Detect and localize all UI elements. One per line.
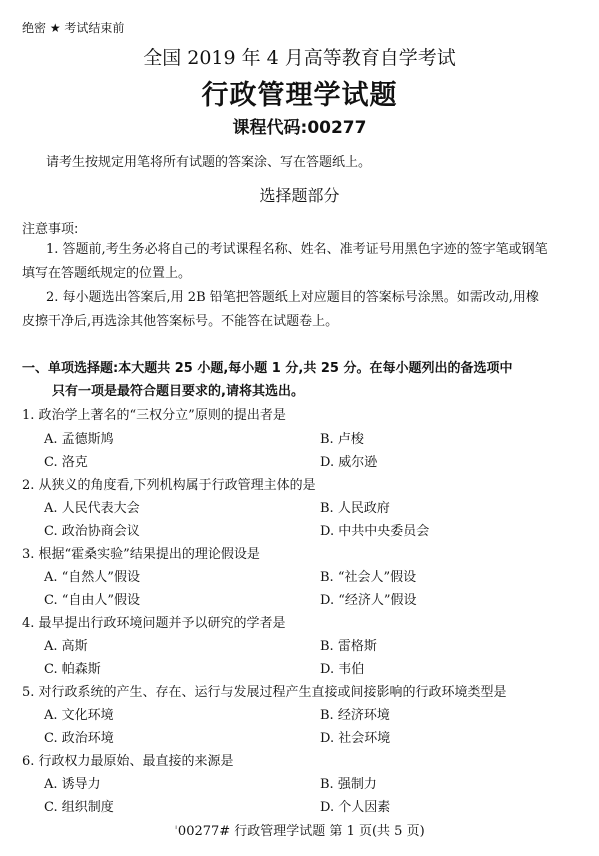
question-stem: 4. 最早提出行政环境问题并予以研究的学者是 (22, 612, 286, 631)
note-item-1-line-2: 填写在答题纸规定的位置上。 (22, 262, 191, 285)
footer-text: 00277# 行政管理学试题 第 1 页(共 5 页) (178, 824, 425, 839)
answer-instruction: 请考生按规定用笔将所有试题的答案涂、写在答题纸上。 (46, 151, 371, 170)
option-d: D. “经济人”假设 (320, 589, 417, 608)
option-a: A. 诱导力 (44, 773, 101, 792)
option-d: D. 社会环境 (320, 727, 390, 746)
section-1-heading: 一、单项选择题:本大题共 25 小题,每小题 1 分,共 25 分。在每小题列出… (22, 357, 512, 376)
note-item-1-line-1: 1. 答题前,考生务必将自己的考试课程名称、姓名、准考证号用黑色字迹的签字笔或钢… (46, 238, 548, 261)
option-b: B. 卢梭 (320, 428, 364, 447)
option-a: A. 高斯 (44, 635, 88, 654)
confidential-label: 绝密 ★ 考试结束前 (22, 19, 124, 36)
notes-label: 注意事项: (22, 218, 78, 237)
option-c: C. 政治协商会议 (44, 520, 140, 539)
exam-name: 全国 2019 年 4 月高等教育自学考试 (0, 43, 599, 70)
option-d: D. 个人因素 (320, 796, 390, 815)
page-title: 行政管理学试题 (0, 73, 599, 112)
option-c: C. 组织制度 (44, 796, 114, 815)
option-b: B. 雷格斯 (320, 635, 377, 654)
note-item-2-line-2: 皮擦干净后,再选涂其他答案标号。不能答在试题卷上。 (22, 310, 338, 333)
option-a: A. 孟德斯鸠 (44, 428, 114, 447)
question-stem: 3. 根据“霍桑实验”结果提出的理论假设是 (22, 543, 260, 562)
section-1-heading-cont: 只有一项是最符合题目要求的,请将其选出。 (52, 380, 304, 399)
question-stem: 1. 政治学上著名的“三权分立”原则的提出者是 (22, 404, 286, 423)
option-b: B. 强制力 (320, 773, 377, 792)
question-stem: 6. 行政权力最原始、最直接的来源是 (22, 750, 234, 769)
option-a: A. 文化环境 (44, 704, 114, 723)
option-c: C. 洛克 (44, 451, 88, 470)
question-stem: 2. 从狭义的角度看,下列机构属于行政管理主体的是 (22, 474, 316, 493)
option-d: D. 中共中央委员会 (320, 520, 429, 539)
option-d: D. 威尔逊 (320, 451, 377, 470)
option-c: C. 政治环境 (44, 727, 114, 746)
option-d: D. 韦伯 (320, 658, 364, 677)
course-code: 课程代码:00277 (0, 113, 599, 138)
section-heading: 选择题部分 (0, 183, 599, 206)
option-c: C. “自由人”假设 (44, 589, 140, 608)
option-b: B. 经济环境 (320, 704, 390, 723)
option-b: B. 人民政府 (320, 497, 390, 516)
note-item-2-line-1: 2. 每小题选出答案后,用 2B 铅笔把答题纸上对应题目的答案标号涂黑。如需改动… (46, 286, 539, 309)
option-a: A. 人民代表大会 (44, 497, 140, 516)
page-footer: '00277# 行政管理学试题 第 1 页(共 5 页) (0, 820, 599, 839)
option-a: A. “自然人”假设 (44, 566, 140, 585)
question-stem: 5. 对行政系统的产生、存在、运行与发展过程产生直接或间接影响的行政环境类型是 (22, 681, 507, 700)
option-b: B. “社会人”假设 (320, 566, 416, 585)
option-c: C. 帕森斯 (44, 658, 101, 677)
